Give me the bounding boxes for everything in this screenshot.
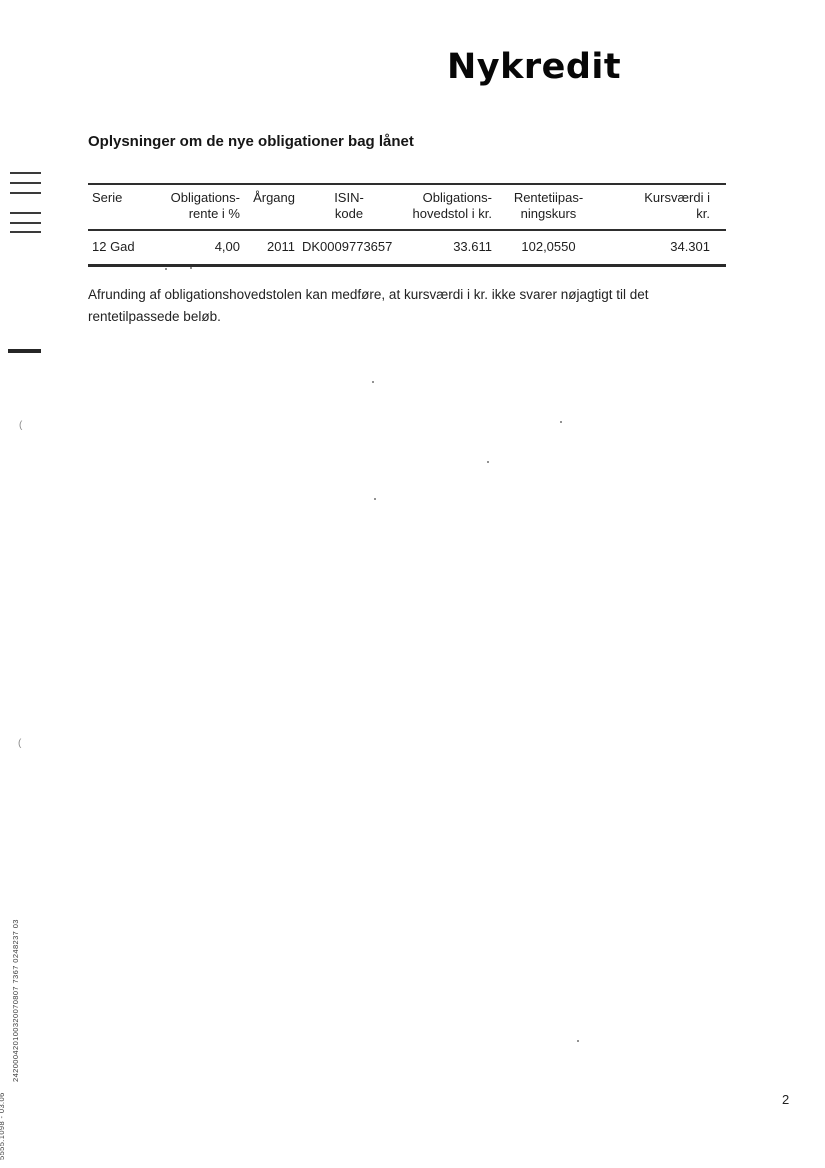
- scan-artifact: (: [19, 420, 22, 431]
- column-header-hovedstol: Obligations- hovedstol i kr.: [400, 184, 497, 230]
- registration-mark: [10, 231, 41, 233]
- cell-obligationsrente: 4,00: [165, 230, 248, 266]
- document-page: Nykredit Oplysninger om de nye obligatio…: [0, 0, 825, 1168]
- table-row: 12 Gad 4,00 2011 DK0009773657 33.611 102…: [88, 230, 726, 266]
- column-header-isin: ISIN- kode: [298, 184, 400, 230]
- column-header-rentetilpasningskurs: Rentetiipas- ningskurs: [497, 184, 600, 230]
- registration-mark: [10, 172, 41, 174]
- scan-speck: [372, 381, 374, 383]
- scan-speck: [374, 498, 376, 500]
- scan-speck: [165, 268, 167, 270]
- column-header-serie: Serie: [88, 184, 165, 230]
- scan-speck: [577, 1040, 579, 1042]
- print-code-long: 242000420100320070807 7367 0248237 03: [11, 919, 20, 1082]
- cell-isin: DK0009773657: [298, 230, 400, 266]
- print-code-short: 5555.1098 - 03.06: [0, 1092, 6, 1160]
- bond-table: Serie Obligations- rente i % Årgang ISIN…: [88, 183, 726, 267]
- cell-rentetilpasningskurs: 102,0550: [497, 230, 600, 266]
- scan-artifact: (: [18, 738, 21, 749]
- registration-mark: [10, 212, 41, 214]
- page-number: 2: [782, 1092, 789, 1107]
- fold-mark: [8, 349, 41, 353]
- column-header-aargang: Årgang: [248, 184, 298, 230]
- page-title: Oplysninger om de nye obligationer bag l…: [88, 133, 414, 150]
- nykredit-logo: Nykredit: [447, 47, 621, 87]
- scan-speck: [560, 421, 562, 423]
- note-text: Afrunding af obligationshovedstolen kan …: [88, 284, 740, 328]
- table-header-row: Serie Obligations- rente i % Årgang ISIN…: [88, 184, 726, 230]
- cell-hovedstol: 33.611: [400, 230, 497, 266]
- column-header-kursvaerdi: Kursværdi i kr.: [600, 184, 726, 230]
- scan-speck: [487, 461, 489, 463]
- cell-kursvaerdi: 34.301: [600, 230, 726, 266]
- cell-aargang: 2011: [248, 230, 298, 266]
- registration-mark: [10, 192, 41, 194]
- scan-speck: [190, 267, 192, 269]
- cell-serie: 12 Gad: [88, 230, 165, 266]
- registration-mark: [10, 222, 41, 224]
- column-header-obligationsrente: Obligations- rente i %: [165, 184, 248, 230]
- registration-mark: [10, 182, 41, 184]
